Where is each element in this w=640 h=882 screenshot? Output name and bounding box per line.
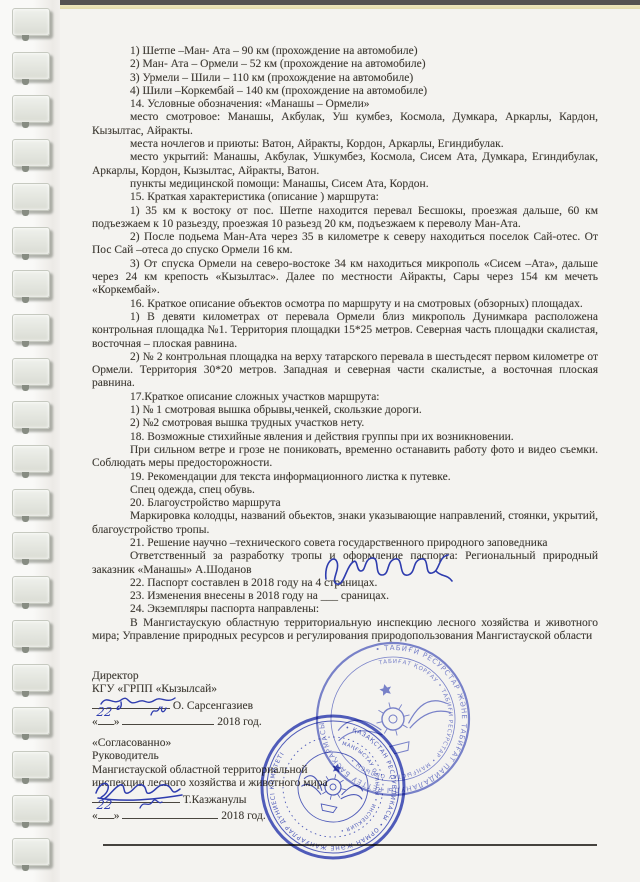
paragraph: 17.Краткое описание сложных участков мар… [92, 391, 598, 404]
paragraph: 16. Краткое описание объектов осмотра по… [92, 298, 598, 311]
paragraph: При сильном ветре и грозе не пониковать,… [92, 444, 598, 471]
paragraph: 4) Шили –Коркембай – 140 км (прохождение… [92, 85, 598, 98]
svg-text:22: 22 [95, 705, 113, 719]
binding-comb-tooth [12, 358, 50, 386]
paragraph: 20. Благоустройство маршрута [92, 497, 598, 510]
paragraph: Маркировка колодцы, названий обьектов, з… [92, 510, 598, 537]
paragraph: место укрытий: Манашы, Акбулак, Ушкумбез… [92, 151, 598, 178]
paragraph: 2) № 2 контрольная площадка на верху тат… [92, 351, 598, 391]
paragraph: Спец одежда, спец обувь. [92, 484, 598, 497]
svg-text:22: 22 [95, 798, 113, 812]
paragraph: 15. Краткая характеристика (описание ) м… [92, 191, 598, 204]
binding-comb-tooth [12, 183, 50, 211]
scanned-document-page: 1) Шетпе –Ман- Ата – 90 км (прохождение … [0, 0, 640, 882]
handwritten-month-first [147, 703, 171, 719]
year-label: 2018 год. [217, 716, 261, 728]
binding-comb-tooth [12, 707, 50, 735]
approver-name: Т.Казжанулы [183, 794, 247, 806]
binding-comb-tooth [12, 838, 50, 866]
paragraph: 3) Урмели – Шили – 110 км (прохождение н… [92, 72, 598, 85]
binding-comb-tooth [12, 532, 50, 560]
binding-comb-tooth [12, 445, 50, 473]
paragraph: 23. Изменения внесены в 2018 году на ___… [92, 590, 598, 603]
binding-comb-tooth [12, 401, 50, 429]
binding-strip [0, 0, 60, 882]
director-name: О. Сарсенгазиев [173, 700, 253, 712]
paragraph: 19. Рекомендации для текста информационн… [92, 471, 598, 484]
paragraph: 1) В девяти километрах от перевала Ормел… [92, 311, 598, 351]
paragraph: пункты медицинской помощи: Манашы, Сисем… [92, 178, 598, 191]
paragraph: 1) № 1 смотровая вышка обрывы,ченкей, ск… [92, 404, 598, 417]
binding-comb-tooth [12, 8, 50, 36]
stamp-lower: • ҚАЗАҚСТАН РЕСПУБЛИКАСЫ • ОРМАН ЖӘНЕ ЖА… [258, 712, 408, 862]
paragraph: 2) №2 смотровая вышка трудных участков н… [92, 417, 598, 430]
binding-comb-tooth [12, 227, 50, 255]
binding-comb-tooth [12, 314, 50, 342]
signature-shodanov [320, 549, 455, 589]
binding-comb-tooth [12, 95, 50, 123]
paragraph: 18. Возможные стихийные явления и действ… [92, 431, 598, 444]
binding-comb-tooth [12, 270, 50, 298]
paragraph: места ночлегов и приюты: Ватон, Айракты,… [92, 138, 598, 151]
scan-top-accent-line [34, 5, 640, 9]
svg-text:• ҚАЗАҚСТАН РЕСПУБЛИКАСЫ • ОРМ: • ҚАЗАҚСТАН РЕСПУБЛИКАСЫ • ОРМАН ЖӘНЕ ЖА… [258, 712, 408, 862]
paragraph: 24. Экземпляры паспорта направлены: [92, 603, 598, 616]
binding-comb-tooth [12, 664, 50, 692]
handwritten-day-first: 22 [95, 704, 121, 720]
kazakh-emblem-icon [297, 757, 368, 818]
paragraph: 14. Условные обозначения: «Манашы – Орме… [92, 98, 598, 111]
binding-comb-tooth [12, 795, 50, 823]
paragraph: 2) После подьема Ман-Ата через 35 в кило… [92, 231, 598, 258]
binding-comb-tooth [12, 489, 50, 517]
handwritten-day-second: 22 [95, 797, 121, 813]
binding-comb-tooth [12, 52, 50, 80]
paragraph: 1) Шетпе –Ман- Ата – 90 км (прохождение … [92, 45, 598, 58]
director-title: Директор [92, 670, 262, 683]
paragraph: 2) Ман- Ата – Ормели – 52 км (прохождени… [92, 58, 598, 71]
binding-comb-tooth [12, 576, 50, 604]
paragraph: место смотровое: Манашы, Акбулак, Уш кум… [92, 111, 598, 138]
binding-comb-tooth [12, 620, 50, 648]
paragraph: 3) От спуска Ормели на северо-востоке 34… [92, 258, 598, 298]
binding-comb-tooth [12, 139, 50, 167]
handwritten-month-second [136, 796, 166, 812]
binding-comb-tooth [12, 751, 50, 779]
paragraph: 1) 35 км к востоку от пос. Шетпе находит… [92, 205, 598, 232]
